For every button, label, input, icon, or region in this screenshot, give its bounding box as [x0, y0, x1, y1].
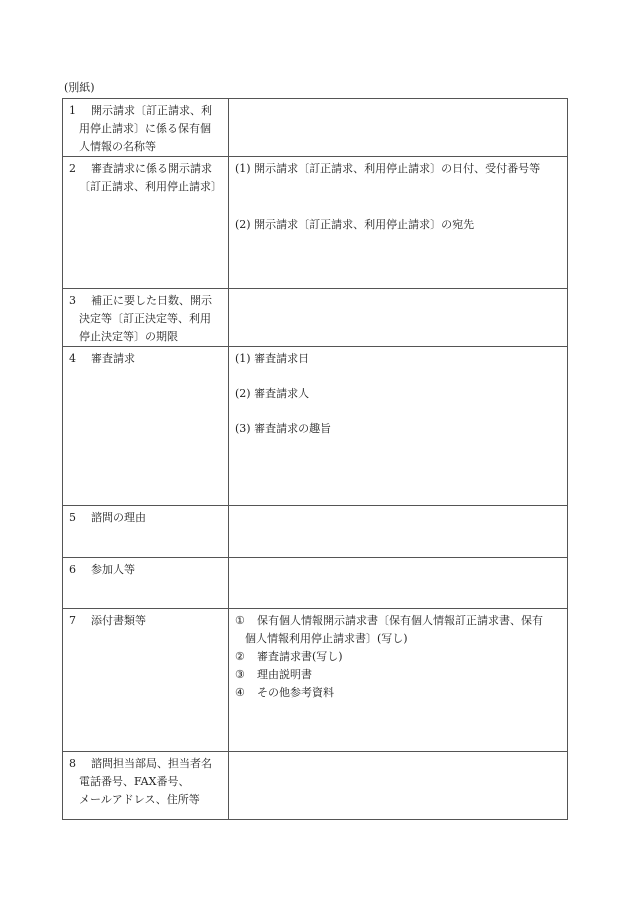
table-row: 5諮問の理由 — [63, 506, 568, 558]
row-label: 6参加人等 — [63, 558, 229, 609]
label-text: 諮問担当部局、担当者名 — [91, 757, 212, 770]
row-label: 7添付書類等 — [63, 609, 229, 752]
sub-item: (1) 開示請求〔訂正請求、利用停止請求〕の日付、受付番号等 — [235, 160, 561, 178]
sub-item: (2) 開示請求〔訂正請求、利用停止請求〕の宛先 — [235, 216, 561, 234]
attachment-item: ④その他参考資料 — [235, 684, 561, 702]
row-label: 8諮問担当部局、担当者名 電話番号、FAX番号、 メールアドレス、住所等 — [63, 752, 229, 820]
item-marker: ④ — [235, 684, 257, 702]
row-label: 3補正に要した日数、開示 決定等〔訂正決定等、利用 停止決定等〕の期限 — [63, 289, 229, 347]
row-number: 1 — [69, 102, 91, 120]
table-row: 4審査請求 (1) 審査請求日 (2) 審査請求人 (3) 審査請求の趣旨 — [63, 347, 568, 506]
row-content-field[interactable] — [229, 506, 568, 558]
row-label: 2審査請求に係る開示請求 〔訂正請求、利用停止請求〕 — [63, 157, 229, 289]
item-marker: ③ — [235, 666, 257, 684]
form-table: 1開示請求〔訂正請求、利 用停止請求〕に係る保有個 人情報の名称等 2審査請求に… — [62, 98, 568, 820]
label-text: メールアドレス、住所等 — [69, 791, 222, 809]
attachment-text: 個人情報利用停止請求書〕(写し) — [235, 630, 561, 648]
label-text: 停止決定等〕の期限 — [69, 328, 222, 346]
label-text: 人情報の名称等 — [69, 138, 222, 156]
label-text: 審査請求 — [91, 352, 135, 365]
row-content-field[interactable] — [229, 752, 568, 820]
attachment-item: ②審査請求書(写し) — [235, 648, 561, 666]
row-number: 3 — [69, 292, 91, 310]
sub-item: (1) 審査請求日 — [235, 350, 561, 368]
table-row: 7添付書類等 ①保有個人情報開示請求書〔保有個人情報訂正請求書、保有個人情報利用… — [63, 609, 568, 752]
label-text: 電話番号、FAX番号、 — [69, 773, 222, 791]
row-content-field[interactable] — [229, 558, 568, 609]
label-text: 開示請求〔訂正請求、利 — [91, 104, 212, 117]
row-label: 5諮問の理由 — [63, 506, 229, 558]
row-content-field[interactable] — [229, 289, 568, 347]
label-text: 諮問の理由 — [91, 511, 146, 524]
table-row: 3補正に要した日数、開示 決定等〔訂正決定等、利用 停止決定等〕の期限 — [63, 289, 568, 347]
label-text: 〔訂正請求、利用停止請求〕 — [69, 178, 222, 196]
row-content-field[interactable] — [229, 99, 568, 157]
label-text: 審査請求に係る開示請求 — [91, 162, 212, 175]
sub-item: (3) 審査請求の趣旨 — [235, 420, 561, 438]
label-text: 参加人等 — [91, 563, 135, 576]
row-number: 6 — [69, 561, 91, 579]
item-marker: ① — [235, 612, 257, 630]
document-title: (別紙) — [64, 79, 95, 95]
row-label: 4審査請求 — [63, 347, 229, 506]
attachment-text: 理由説明書 — [257, 668, 312, 681]
row-number: 8 — [69, 755, 91, 773]
row-number: 4 — [69, 350, 91, 368]
attachment-text: 保有個人情報開示請求書〔保有個人情報訂正請求書、保有 — [257, 614, 543, 627]
attachment-text: その他参考資料 — [257, 686, 334, 699]
label-text: 補正に要した日数、開示 — [91, 294, 212, 307]
attachment-text: 審査請求書(写し) — [257, 650, 343, 663]
row-content-field[interactable]: ①保有個人情報開示請求書〔保有個人情報訂正請求書、保有個人情報利用停止請求書〕(… — [229, 609, 568, 752]
row-label: 1開示請求〔訂正請求、利 用停止請求〕に係る保有個 人情報の名称等 — [63, 99, 229, 157]
label-text: 用停止請求〕に係る保有個 — [69, 120, 222, 138]
row-number: 2 — [69, 160, 91, 178]
table-row: 2審査請求に係る開示請求 〔訂正請求、利用停止請求〕 (1) 開示請求〔訂正請求… — [63, 157, 568, 289]
table-row: 6参加人等 — [63, 558, 568, 609]
row-number: 5 — [69, 509, 91, 527]
label-text: 添付書類等 — [91, 614, 146, 627]
label-text: 決定等〔訂正決定等、利用 — [69, 310, 222, 328]
item-marker: ② — [235, 648, 257, 666]
table-row: 8諮問担当部局、担当者名 電話番号、FAX番号、 メールアドレス、住所等 — [63, 752, 568, 820]
sub-item: (2) 審査請求人 — [235, 385, 561, 403]
row-content-field[interactable]: (1) 開示請求〔訂正請求、利用停止請求〕の日付、受付番号等 (2) 開示請求〔… — [229, 157, 568, 289]
attachment-item: ①保有個人情報開示請求書〔保有個人情報訂正請求書、保有個人情報利用停止請求書〕(… — [235, 612, 561, 648]
table-row: 1開示請求〔訂正請求、利 用停止請求〕に係る保有個 人情報の名称等 — [63, 99, 568, 157]
row-number: 7 — [69, 612, 91, 630]
row-content-field[interactable]: (1) 審査請求日 (2) 審査請求人 (3) 審査請求の趣旨 — [229, 347, 568, 506]
attachment-item: ③理由説明書 — [235, 666, 561, 684]
